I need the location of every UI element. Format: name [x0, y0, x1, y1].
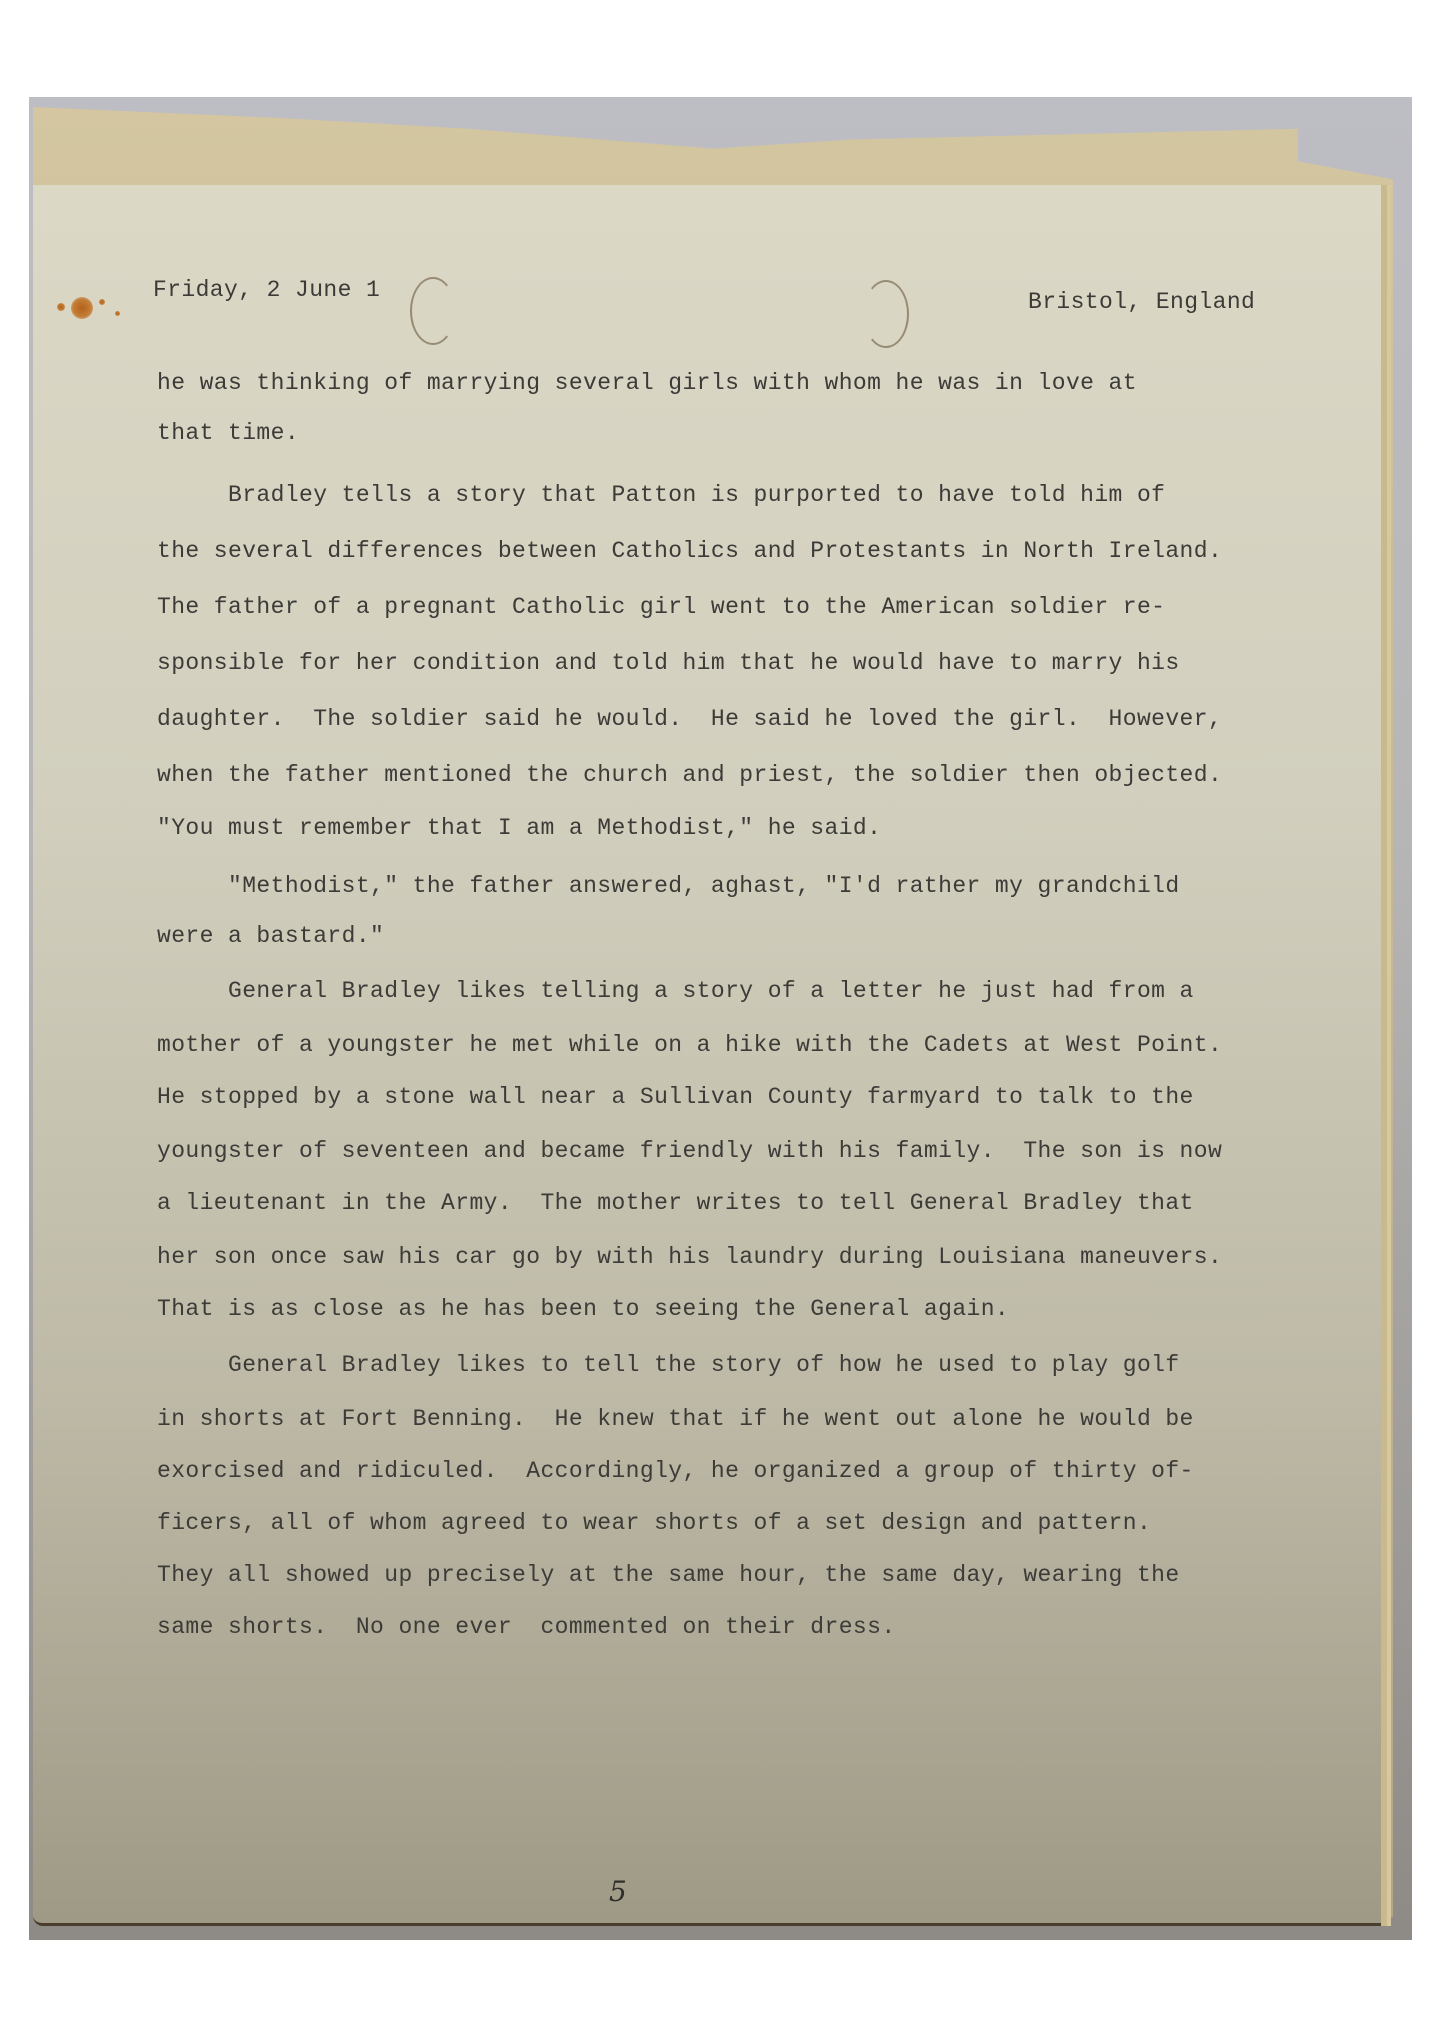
page-number: 5 [609, 1875, 627, 1908]
text-line: ficers, all of whom agreed to wear short… [157, 1510, 1151, 1536]
text-line: her son once saw his car go by with his … [157, 1244, 1222, 1270]
rust-stain [115, 311, 120, 316]
typed-page: Friday, 2 June 1 Bristol, England he was… [33, 185, 1381, 1926]
document-photo: Friday, 2 June 1 Bristol, England he was… [29, 97, 1412, 1940]
text-line: he was thinking of marrying several girl… [157, 370, 1137, 396]
punch-hole [410, 277, 456, 345]
header-location: Bristol, England [1028, 289, 1255, 315]
text-line: daughter. The soldier said he would. He … [157, 706, 1222, 732]
text-line: youngster of seventeen and became friend… [157, 1138, 1222, 1164]
text-line: same shorts. No one ever commented on th… [157, 1614, 896, 1640]
punch-hole [863, 280, 909, 348]
text-line: the several differences between Catholic… [157, 538, 1222, 564]
text-line: Bradley tells a story that Patton is pur… [157, 482, 1165, 508]
text-line: in shorts at Fort Benning. He knew that … [157, 1406, 1194, 1432]
text-line: exorcised and ridiculed. Accordingly, he… [157, 1458, 1194, 1484]
text-line: sponsible for her condition and told him… [157, 650, 1180, 676]
text-line: "You must remember that I am a Methodist… [157, 815, 881, 841]
text-line: The father of a pregnant Catholic girl w… [157, 594, 1165, 620]
text-line: that time. [157, 420, 299, 446]
rust-stain [99, 299, 105, 305]
text-line: General Bradley likes telling a story of… [157, 978, 1194, 1004]
text-line: when the father mentioned the church and… [157, 762, 1222, 788]
rust-stain [57, 303, 65, 311]
rust-stain [71, 297, 93, 319]
header-date: Friday, 2 June 1 [153, 277, 380, 303]
text-line: They all showed up precisely at the same… [157, 1562, 1180, 1588]
body-text: he was thinking of marrying several girl… [157, 370, 1257, 1820]
text-line: He stopped by a stone wall near a Sulliv… [157, 1084, 1194, 1110]
text-line: "Methodist," the father answered, aghast… [157, 873, 1180, 899]
text-line: General Bradley likes to tell the story … [157, 1352, 1180, 1378]
text-line: a lieutenant in the Army. The mother wri… [157, 1190, 1194, 1216]
text-line: mother of a youngster he met while on a … [157, 1032, 1222, 1058]
text-line: were a bastard." [157, 923, 384, 949]
text-line: That is as close as he has been to seein… [157, 1296, 1009, 1322]
